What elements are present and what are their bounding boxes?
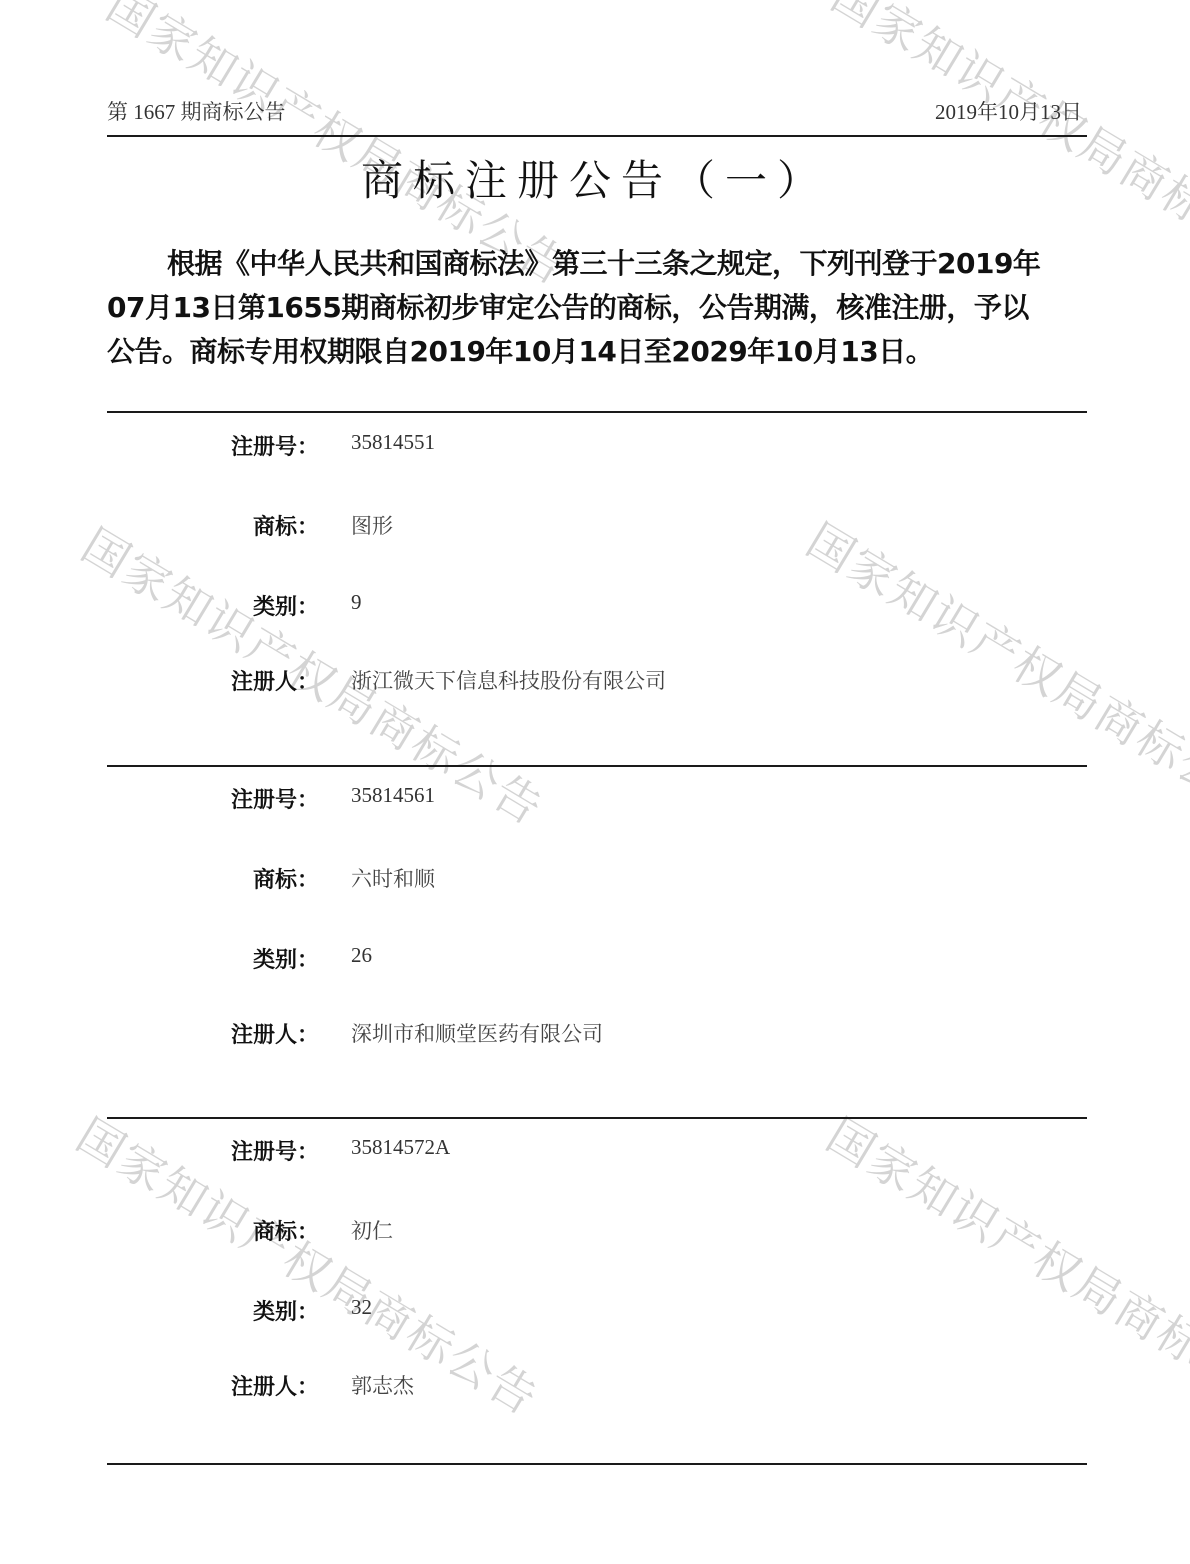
intro-paragraph: 根据《中华人民共和国商标法》第三十三条之规定，下列刊登于2019年 07月13日… <box>107 242 1087 374</box>
mark-label: 商标： <box>253 863 319 894</box>
entry-divider <box>107 1463 1087 1465</box>
reg-no-label: 注册号： <box>231 783 319 814</box>
intro-line-3: 公告。商标专用权期限自2019年10月14日至2029年10月13日。 <box>107 330 1087 374</box>
mark-label: 商标： <box>253 510 319 541</box>
reg-no-row: 注册号： 35814572A <box>107 1135 1087 1165</box>
reg-no-value: 35814551 <box>351 430 435 455</box>
reg-no-value: 35814561 <box>351 783 435 808</box>
registrant-label: 注册人： <box>231 1370 319 1401</box>
class-value: 26 <box>351 943 372 968</box>
mark-row: 商标： 图形 <box>107 510 1087 540</box>
class-row: 类别： 32 <box>107 1295 1087 1325</box>
registrant-label: 注册人： <box>231 665 319 696</box>
registrant-value: 深圳市和顺堂医药有限公司 <box>351 1018 603 1048</box>
class-row: 类别： 9 <box>107 590 1087 620</box>
intro-line-1: 根据《中华人民共和国商标法》第三十三条之规定，下列刊登于2019年 <box>107 242 1087 286</box>
registrant-value: 郭志杰 <box>351 1370 414 1400</box>
mark-value: 图形 <box>351 510 393 540</box>
issue-number: 第 1667 期商标公告 <box>107 96 286 126</box>
class-label: 类别： <box>253 1295 319 1326</box>
header-rule <box>107 135 1087 137</box>
class-row: 类别： 26 <box>107 943 1087 973</box>
class-label: 类别： <box>253 590 319 621</box>
reg-no-value: 35814572A <box>351 1135 450 1160</box>
registrant-label: 注册人： <box>231 1018 319 1049</box>
publication-date: 2019年10月13日 <box>935 96 1082 126</box>
mark-row: 商标： 六时和顺 <box>107 863 1087 893</box>
reg-no-label: 注册号： <box>231 1135 319 1166</box>
registrant-row: 注册人： 浙江微天下信息科技股份有限公司 <box>107 665 1087 695</box>
reg-no-row: 注册号： 35814561 <box>107 783 1087 813</box>
class-value: 9 <box>351 590 362 615</box>
mark-row: 商标： 初仁 <box>107 1215 1087 1245</box>
page-title: 商标注册公告（一） <box>0 148 1190 208</box>
registrant-row: 注册人： 深圳市和顺堂医药有限公司 <box>107 1018 1087 1048</box>
intro-text-1: 根据《中华人民共和国商标法》第三十三条之规定，下列刊登于2019年 <box>167 247 1040 280</box>
mark-value: 六时和顺 <box>351 863 435 893</box>
intro-line-2: 07月13日第1655期商标初步审定公告的商标，公告期满，核准注册，予以 <box>107 286 1087 330</box>
class-value: 32 <box>351 1295 372 1320</box>
page-header: 第 1667 期商标公告 2019年10月13日 <box>107 96 1087 136</box>
class-label: 类别： <box>253 943 319 974</box>
reg-no-label: 注册号： <box>231 430 319 461</box>
registrant-value: 浙江微天下信息科技股份有限公司 <box>351 665 666 695</box>
registrant-row: 注册人： 郭志杰 <box>107 1370 1087 1400</box>
entry-divider <box>107 1117 1087 1119</box>
mark-label: 商标： <box>253 1215 319 1246</box>
entry-divider <box>107 765 1087 767</box>
mark-value: 初仁 <box>351 1215 393 1245</box>
reg-no-row: 注册号： 35814551 <box>107 430 1087 460</box>
entry-divider <box>107 411 1087 413</box>
